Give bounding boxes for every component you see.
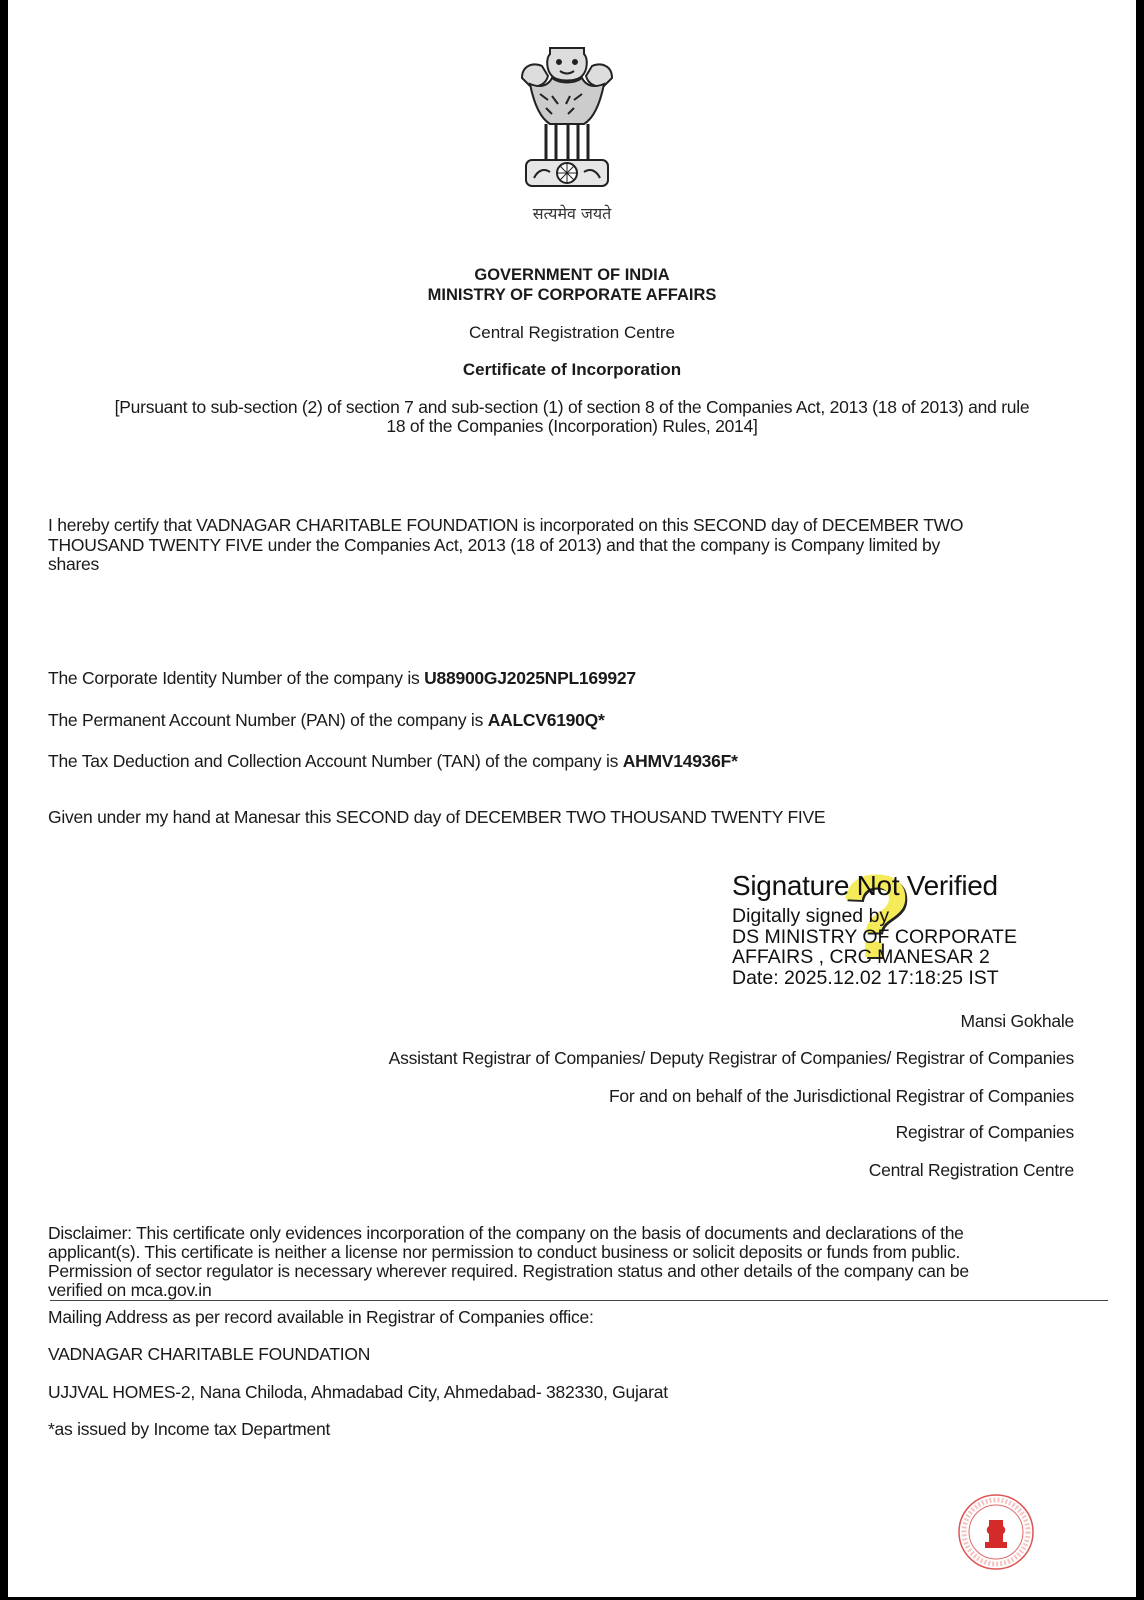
signature-date: Date: 2025.12.02 17:18:25 IST	[732, 968, 1017, 989]
pan-row: The Permanent Account Number (PAN) of th…	[48, 710, 605, 731]
national-emblem-icon	[512, 38, 622, 198]
header-ministry: MINISTRY OF CORPORATE AFFAIRS	[8, 286, 1136, 305]
digital-signature-block[interactable]: Signature Not Verified Digitally signed …	[732, 870, 1017, 988]
disclaimer-line-2: applicant(s). This certificate is neithe…	[48, 1242, 960, 1263]
signatory-office-1: Registrar of Companies	[896, 1122, 1074, 1143]
signatory-name: Mansi Gokhale	[961, 1011, 1074, 1032]
certify-line-1: I hereby certify that VADNAGAR CHARITABL…	[48, 515, 963, 536]
tan-row: The Tax Deduction and Collection Account…	[48, 751, 738, 772]
pan-value: AALCV6190Q*	[488, 710, 605, 730]
ministry-seal-icon	[956, 1492, 1036, 1572]
disclaimer-line-4: verified on mca.gov.in	[48, 1280, 211, 1301]
certificate-page: सत्यमेव जयते GOVERNMENT OF INDIA MINISTR…	[8, 0, 1136, 1597]
signatory-office-2: Central Registration Centre	[869, 1160, 1074, 1181]
emblem-motto: सत्यमेव जयते	[8, 202, 1136, 224]
signatory-behalf: For and on behalf of the Jurisdictional …	[609, 1086, 1074, 1107]
certify-line-2: THOUSAND TWENTY FIVE under the Companies…	[48, 535, 940, 556]
given-under-hand: Given under my hand at Manesar this SECO…	[48, 807, 825, 828]
pursuant-line-2: 18 of the Companies (Incorporation) Rule…	[8, 416, 1136, 437]
mailing-company: VADNAGAR CHARITABLE FOUNDATION	[48, 1344, 370, 1365]
pursuant-line-1: [Pursuant to sub-section (2) of section …	[8, 397, 1136, 418]
mailing-address: UJJVAL HOMES-2, Nana Chiloda, Ahmadabad …	[48, 1382, 668, 1403]
mailing-label: Mailing Address as per record available …	[48, 1307, 594, 1328]
header-government: GOVERNMENT OF INDIA	[8, 266, 1136, 285]
signature-status: Signature Not Verified	[732, 870, 1017, 902]
footnote: *as issued by Income tax Department	[48, 1419, 330, 1440]
signature-line-1: Digitally signed by	[732, 906, 1017, 927]
tan-label: The Tax Deduction and Collection Account…	[48, 751, 623, 771]
header-office: Central Registration Centre	[8, 323, 1136, 343]
page-title: Certificate of Incorporation	[8, 360, 1136, 380]
signatory-designation: Assistant Registrar of Companies/ Deputy…	[389, 1048, 1074, 1069]
signature-line-2: DS MINISTRY OF CORPORATE	[732, 927, 1017, 948]
pan-label: The Permanent Account Number (PAN) of th…	[48, 710, 488, 730]
signature-line-3: AFFAIRS , CRC MANESAR 2	[732, 947, 1017, 968]
disclaimer-line-3: Permission of sector regulator is necess…	[48, 1261, 969, 1282]
section-divider	[50, 1300, 1108, 1301]
certify-line-3: shares	[48, 554, 99, 575]
disclaimer-line-1: Disclaimer: This certificate only eviden…	[48, 1223, 964, 1244]
cin-value: U88900GJ2025NPL169927	[424, 668, 636, 688]
cin-label: The Corporate Identity Number of the com…	[48, 668, 424, 688]
tan-value: AHMV14936F*	[623, 751, 738, 771]
cin-row: The Corporate Identity Number of the com…	[48, 668, 636, 689]
